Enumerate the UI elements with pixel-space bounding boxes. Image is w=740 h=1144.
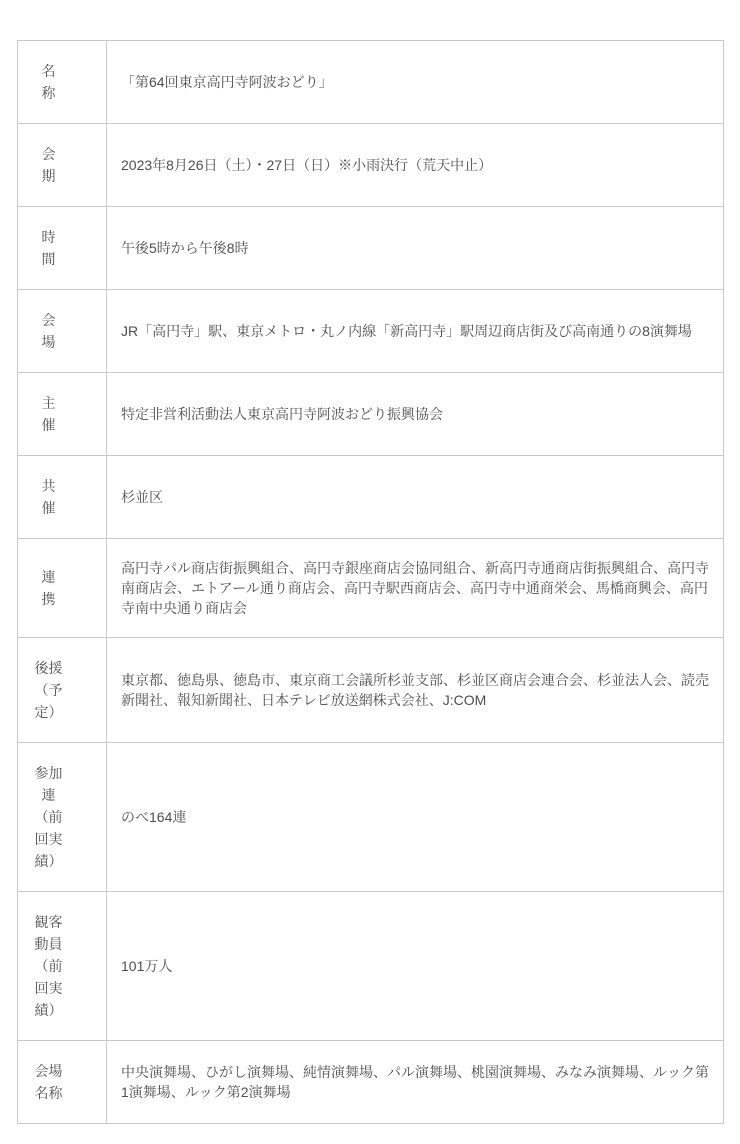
row-label: 参加 連 （前 回実 績） bbox=[18, 743, 107, 892]
row-value: 東京都、徳島県、徳島市、東京商工会議所杉並支部、杉並区商店会連合会、杉並法人会、… bbox=[107, 638, 724, 743]
table-row-organizer: 主 催 特定非営利活動法人東京高円寺阿波おどり振興協会 bbox=[18, 373, 724, 456]
row-value: 「第64回東京高円寺阿波おどり」 bbox=[107, 41, 724, 124]
row-value: のべ164連 bbox=[107, 743, 724, 892]
table-row-attendance: 観客 動員 （前 回実 績） 101万人 bbox=[18, 892, 724, 1041]
table-row-supporters: 後援 （予 定） 東京都、徳島県、徳島市、東京商工会議所杉並支部、杉並区商店会連… bbox=[18, 638, 724, 743]
table-row-participating-groups: 参加 連 （前 回実 績） のべ164連 bbox=[18, 743, 724, 892]
row-value: 101万人 bbox=[107, 892, 724, 1041]
table-row-stage-names: 会場 名称 中央演舞場、ひがし演舞場、純情演舞場、パル演舞場、桃園演舞場、みなみ… bbox=[18, 1041, 724, 1124]
row-value: 午後5時から午後8時 bbox=[107, 207, 724, 290]
row-label: 観客 動員 （前 回実 績） bbox=[18, 892, 107, 1041]
row-label: 会 期 bbox=[18, 124, 107, 207]
row-label: 会場 名称 bbox=[18, 1041, 107, 1124]
row-value: 2023年8月26日（土）・27日（日）※小雨決行（荒天中止） bbox=[107, 124, 724, 207]
table-row-partners: 連 携 高円寺パル商店街振興組合、高円寺銀座商店会協同組合、新高円寺通商店街振興… bbox=[18, 539, 724, 638]
row-label: 共 催 bbox=[18, 456, 107, 539]
table-row-time: 時 間 午後5時から午後8時 bbox=[18, 207, 724, 290]
row-label: 連 携 bbox=[18, 539, 107, 638]
row-label: 後援 （予 定） bbox=[18, 638, 107, 743]
table-row-dates: 会 期 2023年8月26日（土）・27日（日）※小雨決行（荒天中止） bbox=[18, 124, 724, 207]
row-value: 杉並区 bbox=[107, 456, 724, 539]
row-value: 特定非営利活動法人東京高円寺阿波おどり振興協会 bbox=[107, 373, 724, 456]
event-info-table: 名 称 「第64回東京高円寺阿波おどり」 会 期 2023年8月26日（土）・2… bbox=[17, 40, 724, 1124]
row-value: 高円寺パル商店街振興組合、高円寺銀座商店会協同組合、新高円寺通商店街振興組合、高… bbox=[107, 539, 724, 638]
row-value: JR「高円寺」駅、東京メトロ・丸ノ内線「新高円寺」駅周辺商店街及び高南通りの8演… bbox=[107, 290, 724, 373]
event-info-section: 名 称 「第64回東京高円寺阿波おどり」 会 期 2023年8月26日（土）・2… bbox=[0, 0, 740, 1124]
row-label: 主 催 bbox=[18, 373, 107, 456]
row-label: 時 間 bbox=[18, 207, 107, 290]
row-value: 中央演舞場、ひがし演舞場、純情演舞場、パル演舞場、桃園演舞場、みなみ演舞場、ルッ… bbox=[107, 1041, 724, 1124]
table-row-co-organizer: 共 催 杉並区 bbox=[18, 456, 724, 539]
table-row-name: 名 称 「第64回東京高円寺阿波おどり」 bbox=[18, 41, 724, 124]
row-label: 名 称 bbox=[18, 41, 107, 124]
table-row-venue: 会 場 JR「高円寺」駅、東京メトロ・丸ノ内線「新高円寺」駅周辺商店街及び高南通… bbox=[18, 290, 724, 373]
row-label: 会 場 bbox=[18, 290, 107, 373]
